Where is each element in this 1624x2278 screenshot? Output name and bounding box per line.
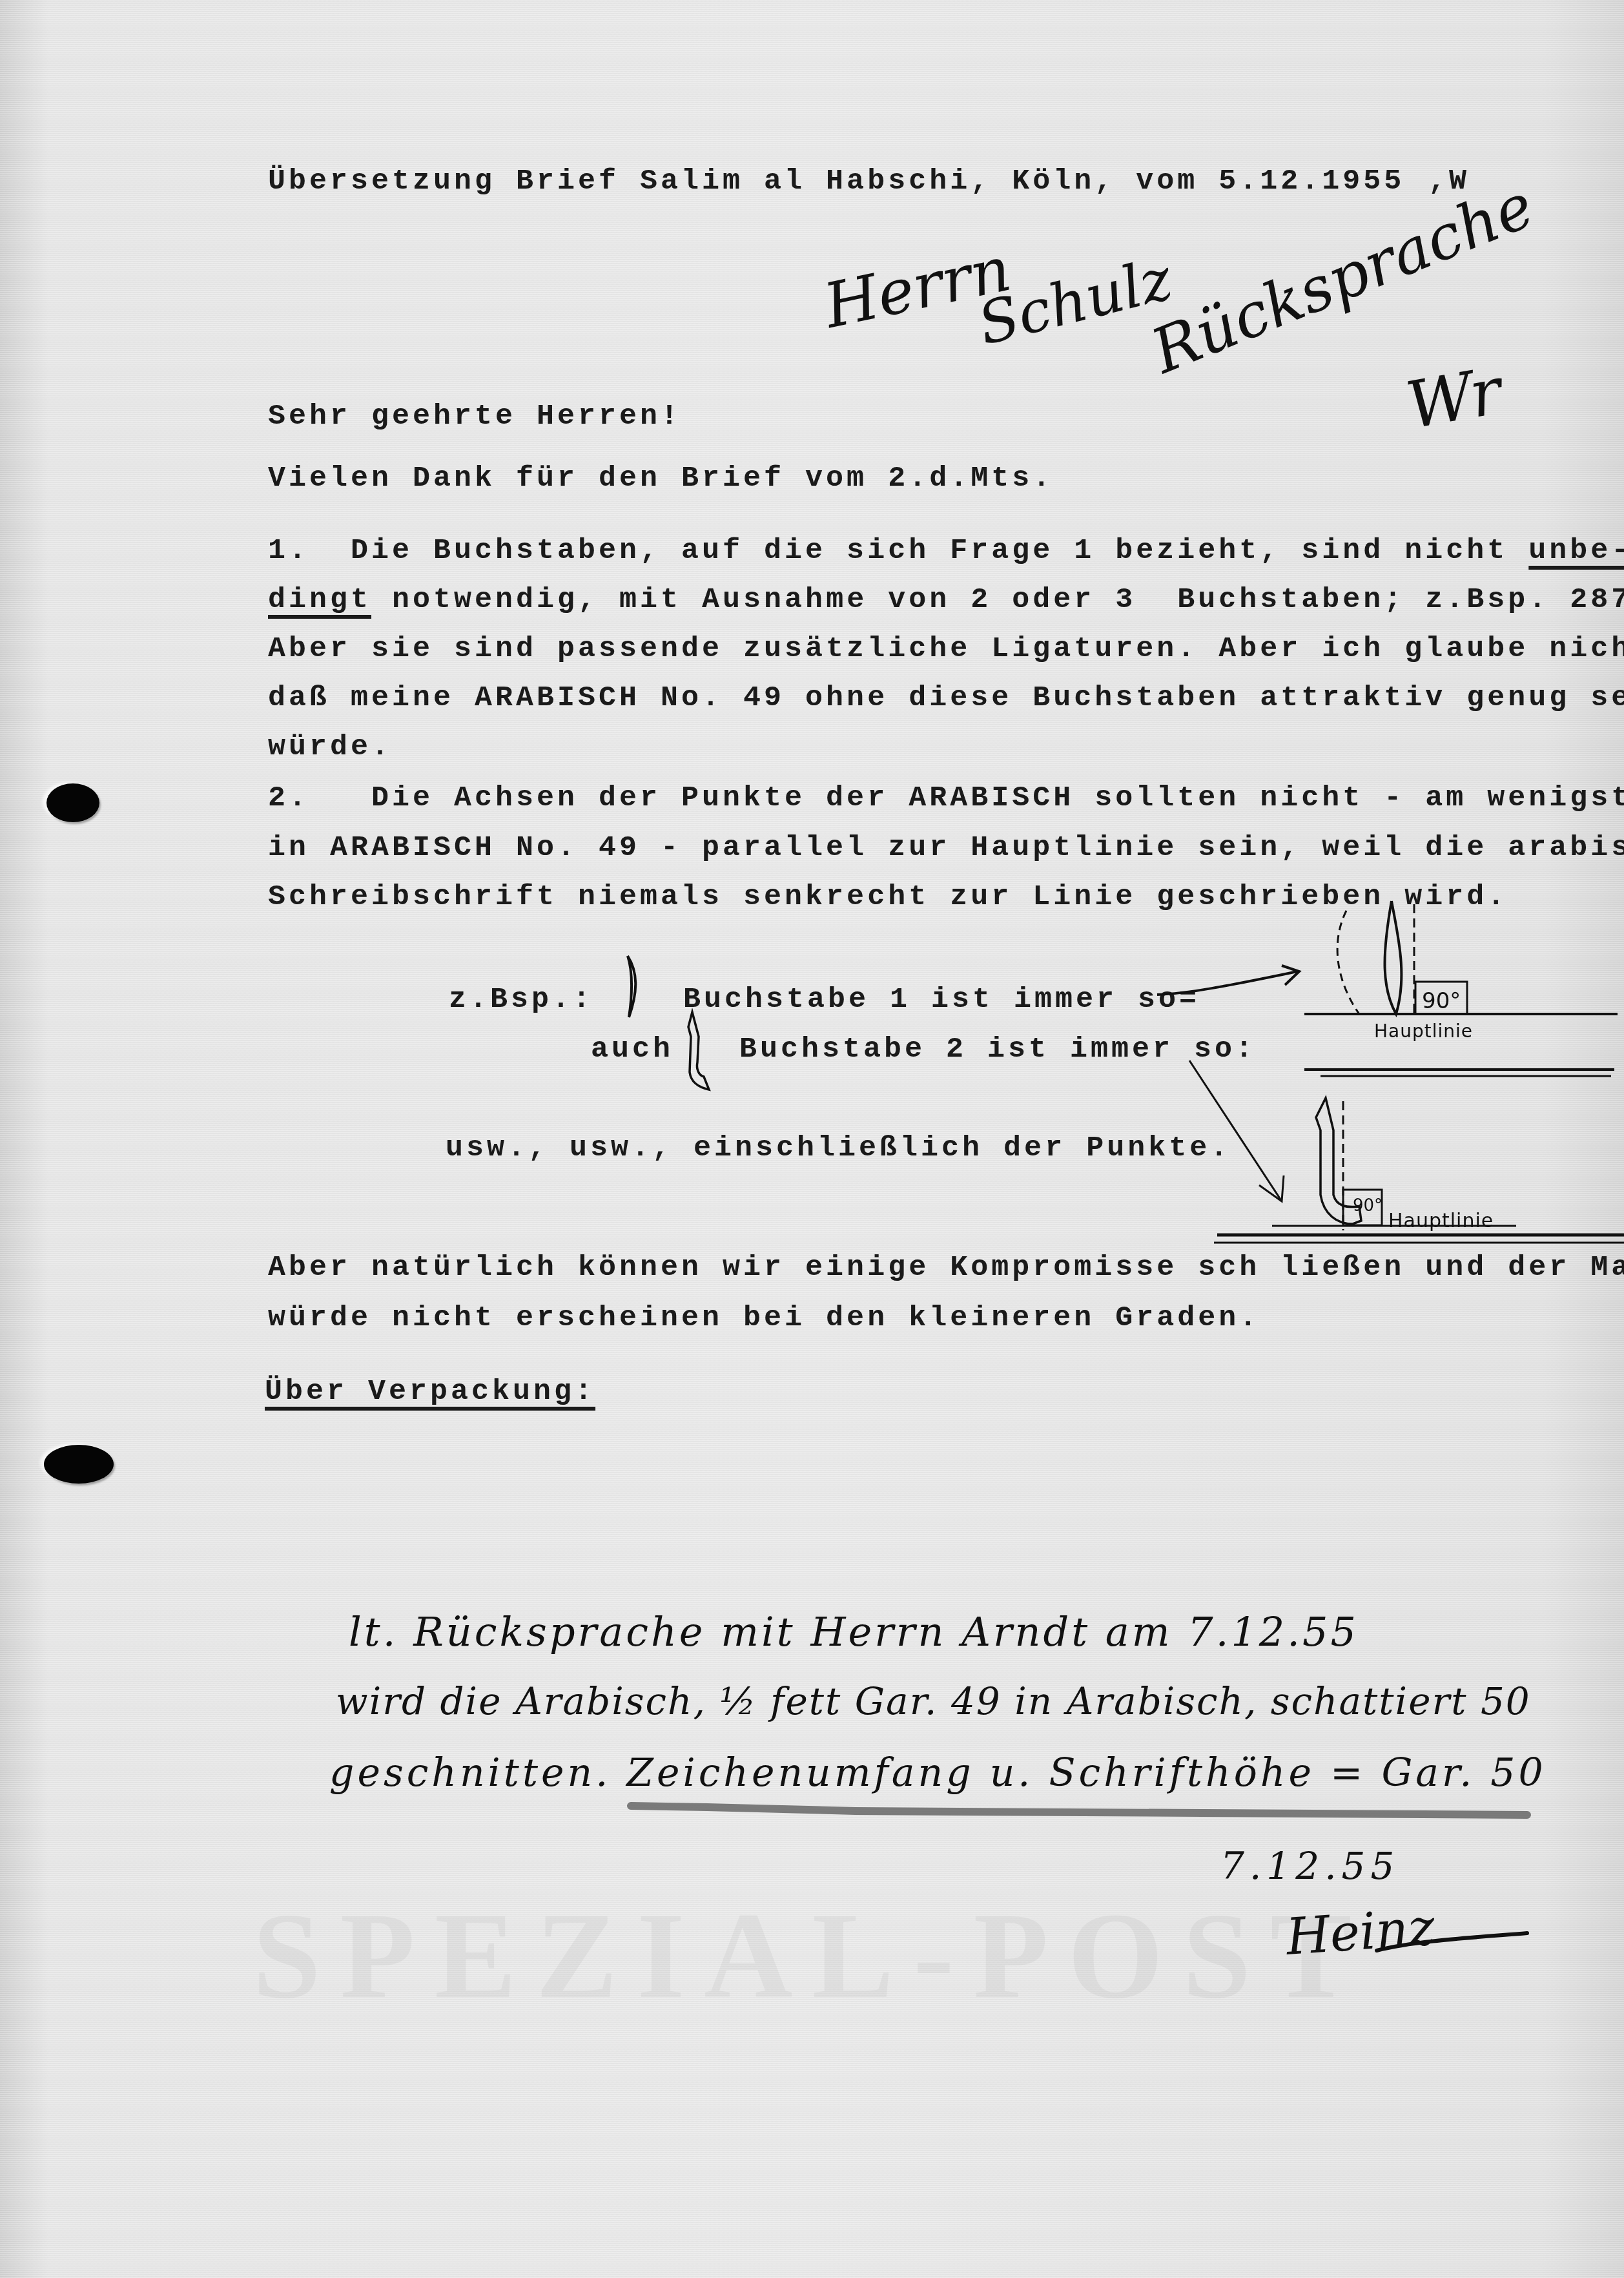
handwritten-note-line-2: wird die Arabisch, ½ fett Gar. 49 in Ara…	[336, 1679, 1531, 1723]
handwritten-initials: Wr	[1401, 353, 1507, 444]
point1-line1: 1. Die Buchstaben, auf die sich Frage 1 …	[268, 536, 1624, 565]
closing-line-1: Aber natürlich können wir einige Komprom…	[268, 1253, 1624, 1282]
point1-line3: Aber sie sind passende zusätzliche Ligat…	[268, 634, 1624, 663]
letter-2-sketch-icon	[684, 1011, 723, 1095]
point1-line2: dingt notwendig, mit Ausnahme von 2 oder…	[268, 585, 1624, 614]
section-heading-packaging: Über Verpackung:	[265, 1377, 595, 1406]
example-line-1: Buchstabe 1 ist immer so=	[683, 985, 1200, 1014]
diagram-2-baseline-label: Hauptlinie	[1388, 1210, 1494, 1232]
underlined-word: dingt	[268, 583, 371, 616]
underlined-word: unbe-	[1528, 534, 1624, 567]
example-prefix-1: z.Bsp.:	[449, 985, 593, 1014]
document-page: SPEZIAL-POST Übersetzung Brief Salim al …	[0, 0, 1624, 2278]
example-line-3: usw., usw., einschließlich der Punkte.	[446, 1134, 1231, 1163]
closing-line-2: würde nicht erscheinen bei den kleineren…	[268, 1303, 1260, 1332]
punch-hole-bottom	[44, 1445, 114, 1484]
signature-flourish	[1375, 1921, 1530, 1960]
point1-line4: daß meine ARABISCH No. 49 ohne diese Buc…	[268, 683, 1624, 712]
handwritten-note-line-1: lt. Rücksprache mit Herrn Arndt am 7.12.…	[349, 1608, 1359, 1655]
thanks-line: Vielen Dank für den Brief vom 2.d.Mts.	[268, 464, 1053, 493]
example-line-2: Buchstabe 2 ist immer so:	[739, 1035, 1256, 1064]
example-prefix-2: auch	[591, 1035, 673, 1064]
point1-line5: würde.	[268, 732, 392, 761]
handwritten-note-line-3: geschnitten. Zeichenumfang u. Schrifthöh…	[329, 1750, 1547, 1796]
diagram-2-angle-label: 90°	[1353, 1196, 1382, 1216]
pencil-underline	[630, 1801, 1534, 1820]
point2-line2: in ARABISCH No. 49 - parallel zur Hauptl…	[268, 833, 1624, 862]
document-header: Übersetzung Brief Salim al Habschi, Köln…	[268, 167, 1404, 196]
handwritten-date: 7.12.55	[1220, 1844, 1399, 1888]
point2-line1: 2. Die Achsen der Punkte der ARABISCH so…	[268, 783, 1624, 813]
punch-hole-top	[46, 783, 99, 822]
diagram-1-angle-label: 90°	[1422, 988, 1461, 1014]
diagram-letter-2-angle	[1208, 1092, 1624, 1259]
salutation: Sehr geehrte Herren!	[268, 402, 681, 431]
diagram-1-baseline-label: Hauptlinie	[1374, 1020, 1473, 1042]
letter-1-sketch-icon	[620, 953, 646, 1024]
